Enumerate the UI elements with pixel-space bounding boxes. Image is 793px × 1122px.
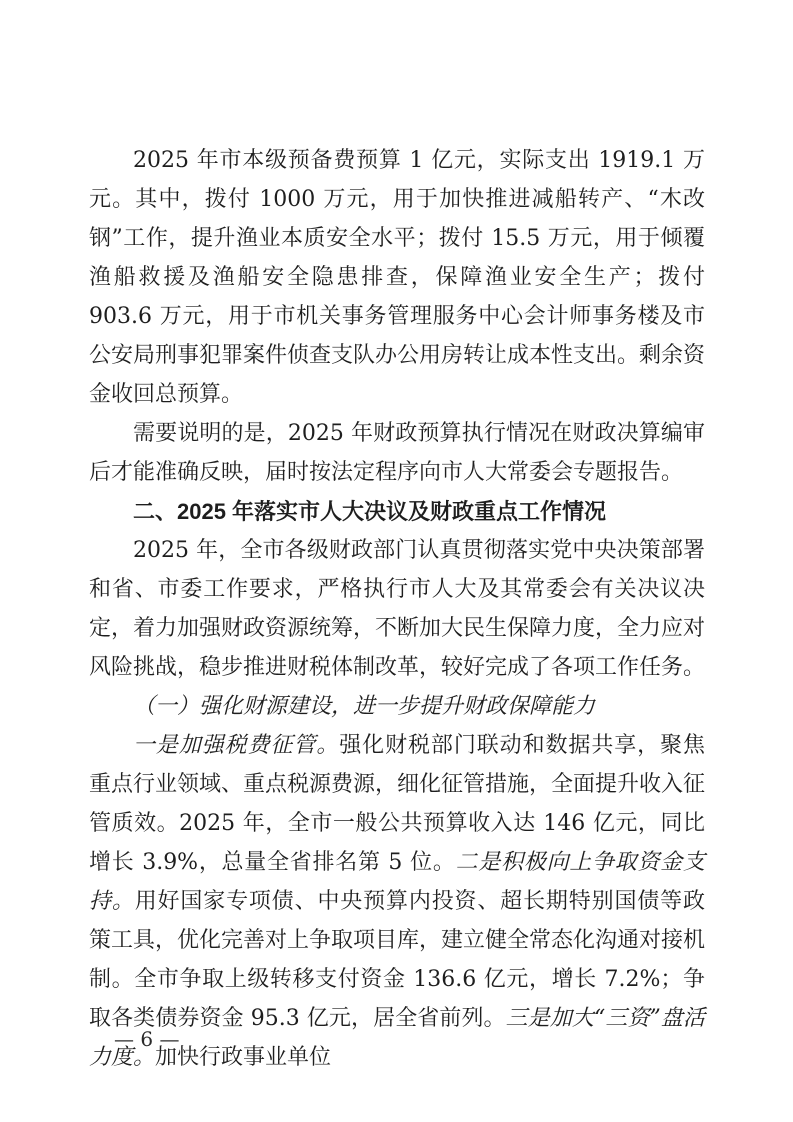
text-run: 加快行政事业单位: [155, 1045, 331, 1070]
document-body: 2025 年市本级预备费预算 1 亿元，实际支出 1919.1 万元。其中，拨付…: [89, 141, 705, 1077]
text-run: 2025 年市本级预备费预算 1 亿元，实际支出 1919.1 万元。其中，拨付…: [89, 148, 712, 407]
paragraph: 2025 年，全市各级财政部门认真贯彻落实党中央决策部署和省、市委工作要求，严格…: [89, 531, 705, 687]
text-run: 2025 年，全市各级财政部门认真贯彻落实党中央决策部署和省、市委工作要求，严格…: [89, 538, 705, 680]
emphasis-run: 一是加强税费征管。: [133, 733, 339, 758]
paragraph: 需要说明的是，2025 年财政预算执行情况在财政决算编审后才能准确反映，届时按法…: [89, 414, 705, 492]
heading-kaiti: （一）强化财源建设，进一步提升财政保障能力: [89, 687, 705, 726]
paragraph: 2025 年市本级预备费预算 1 亿元，实际支出 1919.1 万元。其中，拨付…: [89, 141, 705, 414]
document-page: 2025 年市本级预备费预算 1 亿元，实际支出 1919.1 万元。其中，拨付…: [0, 0, 793, 1122]
heading-hei: 二、2025 年落实市人大决议及财政重点工作情况: [89, 492, 705, 531]
page-number: — 6 —: [114, 1024, 179, 1054]
paragraph: 一是加强税费征管。强化财税部门联动和数据共享，聚焦重点行业领域、重点税源费源，细…: [89, 726, 705, 1077]
emphasis-run: 二、2025 年落实市人大决议及财政重点工作情况: [133, 499, 606, 524]
emphasis-run: （一）强化财源建设，进一步提升财政保障能力: [133, 694, 595, 719]
text-run: 需要说明的是，2025 年财政预算执行情况在财政决算编审后才能准确反映，届时按法…: [89, 421, 705, 485]
